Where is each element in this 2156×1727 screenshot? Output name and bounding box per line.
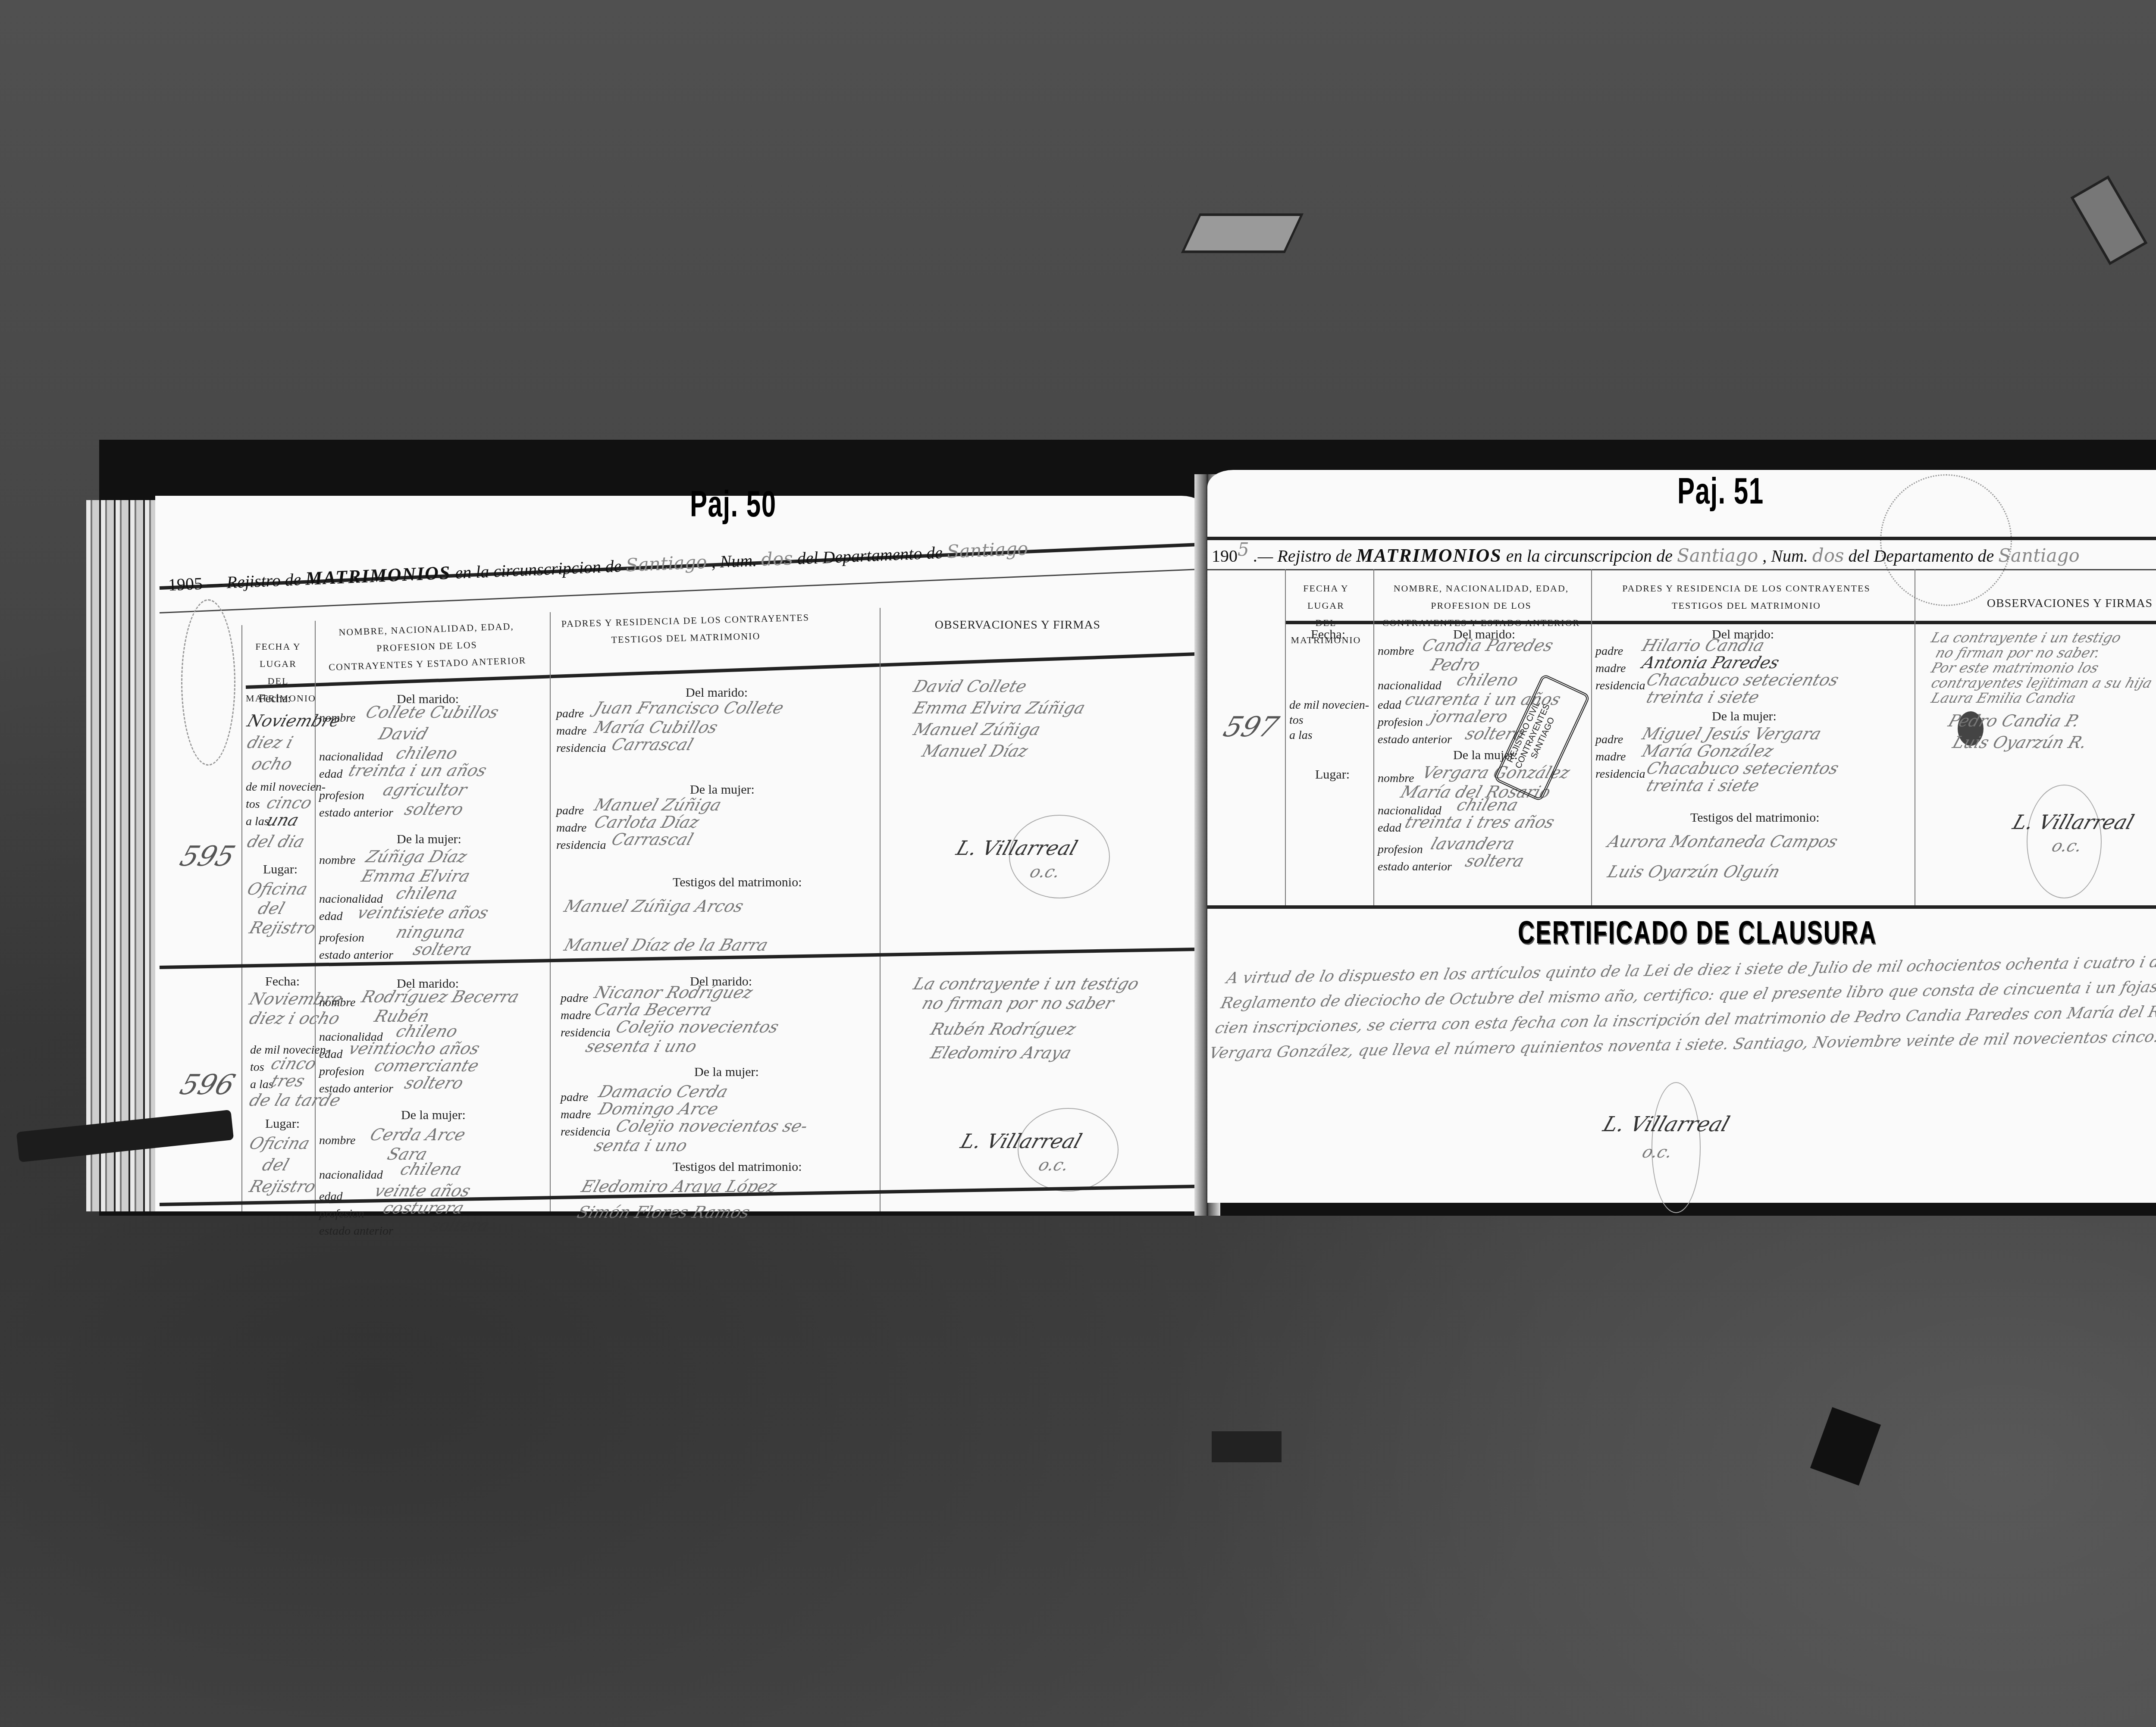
column-header-parents: PADRES Y RESIDENCIA DE LOS CONTRAYENTEST… bbox=[1595, 580, 1897, 614]
page-number: Paj. 50 bbox=[690, 483, 777, 526]
paper-scrap bbox=[1181, 213, 1304, 253]
seal-stamp bbox=[181, 599, 235, 766]
column-header-observations: OBSERVACIONES Y FIRMAS bbox=[888, 616, 1147, 634]
column-header-observations: OBSERVACIONES Y FIRMAS bbox=[1919, 595, 2156, 612]
certificate-text: A virtud de lo dispuesto en los artículo… bbox=[1206, 948, 2156, 1066]
left-page: Paj. 50 1905 — Rejistro de MATRIMONIOS e… bbox=[155, 496, 1207, 1211]
officer-signature: L. Villarreal bbox=[958, 1129, 1085, 1153]
officer-signature: L. Villarreal bbox=[1600, 1112, 1733, 1136]
page-number: Paj. 51 bbox=[1677, 470, 1764, 513]
column-header-names: NOMBRE, NACIONALIDAD, EDAD, PROFESION DE… bbox=[318, 617, 536, 676]
paper-scrap bbox=[1212, 1431, 1282, 1462]
officer-signature: L. Villarreal bbox=[2010, 810, 2137, 834]
register-header: 1905 .— Rejistro de MATRIMONIOS en la ci… bbox=[1212, 539, 2080, 566]
page-edges-left bbox=[86, 500, 164, 1211]
column-header-parents: PADRES Y RESIDENCIA DE LOS CONTRAYENTEST… bbox=[556, 609, 815, 650]
officer-signature: L. Villarreal bbox=[953, 836, 1081, 860]
certificate-title: CERTIFICADO DE CLAUSURA bbox=[1518, 914, 1877, 951]
right-page: Paj. 51 1905 .— Rejistro de MATRIMONIOS … bbox=[1207, 470, 2156, 1203]
register-header: 1905 — Rejistro de MATRIMONIOS en la cir… bbox=[168, 537, 1028, 595]
